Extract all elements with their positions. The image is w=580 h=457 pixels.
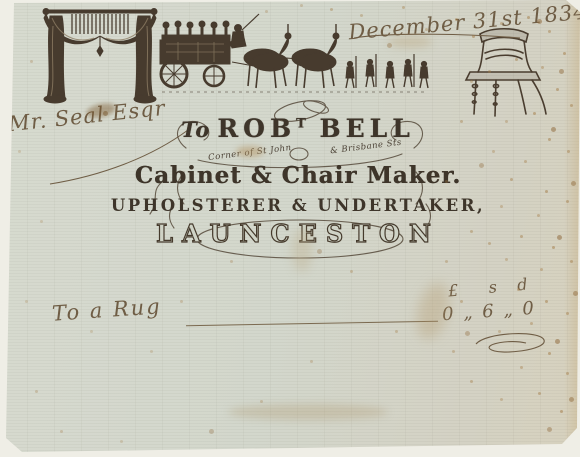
right-edge-discoloration <box>564 0 580 457</box>
line-item-rule <box>186 321 438 327</box>
merchant-title: ToROBT BELL <box>181 114 415 143</box>
date-underline-flourish <box>352 30 522 44</box>
merchant-name-superscript: T <box>296 117 306 132</box>
show-through-stain <box>228 404 388 420</box>
trade-line-cabinet-chair-maker: Cabinet & Chair Maker. <box>135 162 462 189</box>
title-prefix: To <box>181 117 210 142</box>
currency-column-header: £ s d <box>447 275 528 301</box>
town-name: LAUNCESTON <box>156 219 440 248</box>
curtain-drapery-illustration <box>42 6 158 106</box>
foxing-spots-dark <box>0 0 3 3</box>
foxing-spots <box>0 0 3 3</box>
merchant-name-part1: ROB <box>217 114 296 143</box>
line-item-amount: 0 „ 6 „ 0 <box>441 298 536 325</box>
trade-line-upholsterer-undertaker: UPHOLSTERER & UNDERTAKER, <box>111 196 485 215</box>
line-item-description: To a Rug <box>51 294 162 326</box>
amount-flourish <box>468 328 552 360</box>
invoice-paper: December 31st 1834 Mr. Seal Esqr ToROBT … <box>0 0 580 457</box>
